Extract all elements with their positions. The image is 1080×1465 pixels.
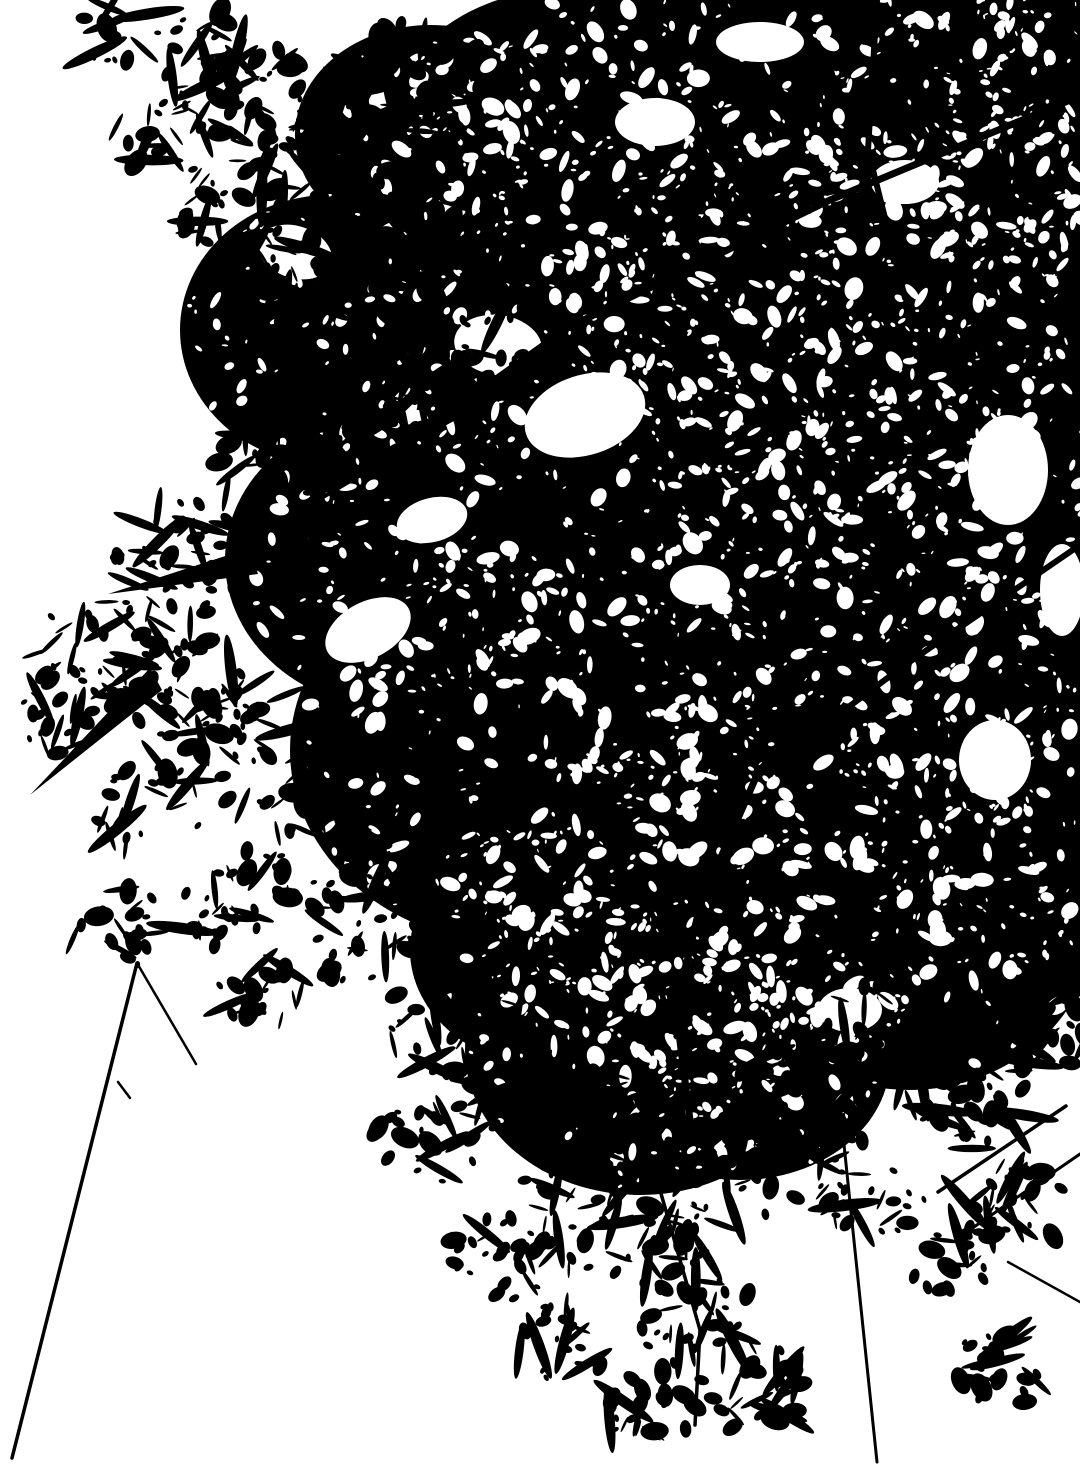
foliage-silhouette-svg — [0, 0, 1080, 1465]
foliage-artwork — [0, 0, 1080, 1465]
